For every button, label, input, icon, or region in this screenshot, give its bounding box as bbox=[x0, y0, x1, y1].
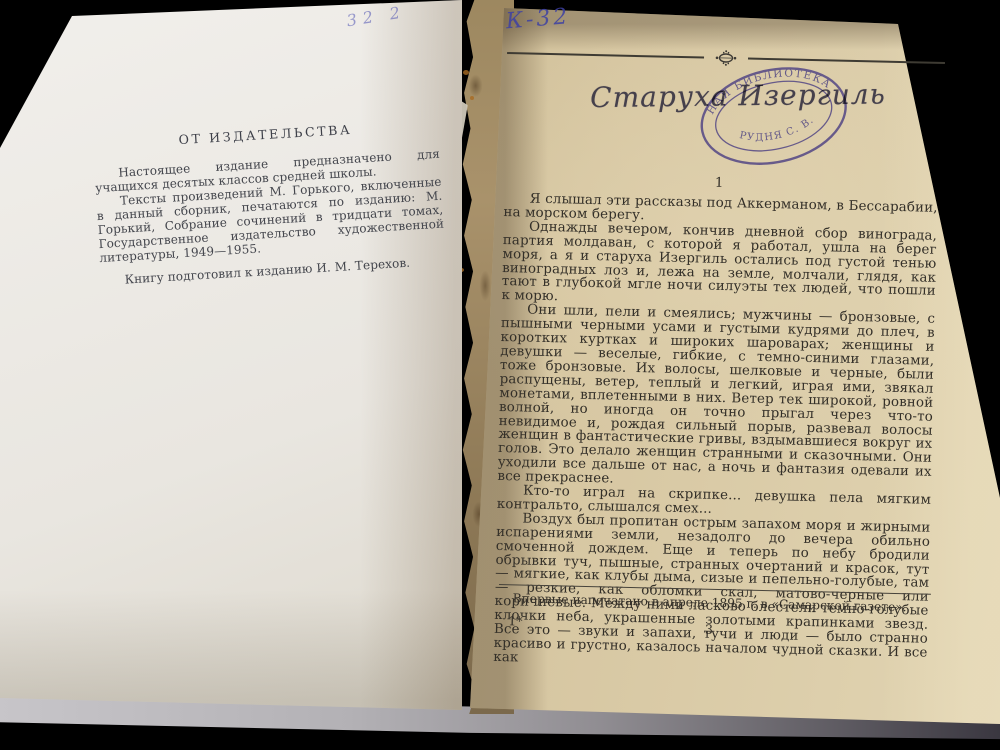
header-rule bbox=[507, 44, 945, 72]
foxing-spot bbox=[470, 96, 474, 100]
left-page-content: ОТ ИЗДАТЕЛЬСТВА Настоящее издание предна… bbox=[92, 118, 446, 288]
rule-segment bbox=[507, 52, 704, 58]
story-paragraph: Однажды вечером, кончив дневной сбор вин… bbox=[501, 220, 937, 313]
open-book-photo: 32 2 ОТ ИЗДАТЕЛЬСТВА Настоящее издание п… bbox=[0, 0, 1000, 750]
stamp-bottom-text: РУДНЯ С. В. bbox=[736, 114, 818, 150]
handwritten-catalog-number: К-32 bbox=[505, 4, 571, 34]
story-paragraph: Они шли, пели и смеялись; мужчины — брон… bbox=[497, 303, 935, 494]
fleuron-ornament-icon bbox=[708, 49, 744, 68]
right-page-content: К-32 Старуха Изергиль bbox=[491, 12, 948, 682]
foxing-spot bbox=[463, 70, 469, 75]
